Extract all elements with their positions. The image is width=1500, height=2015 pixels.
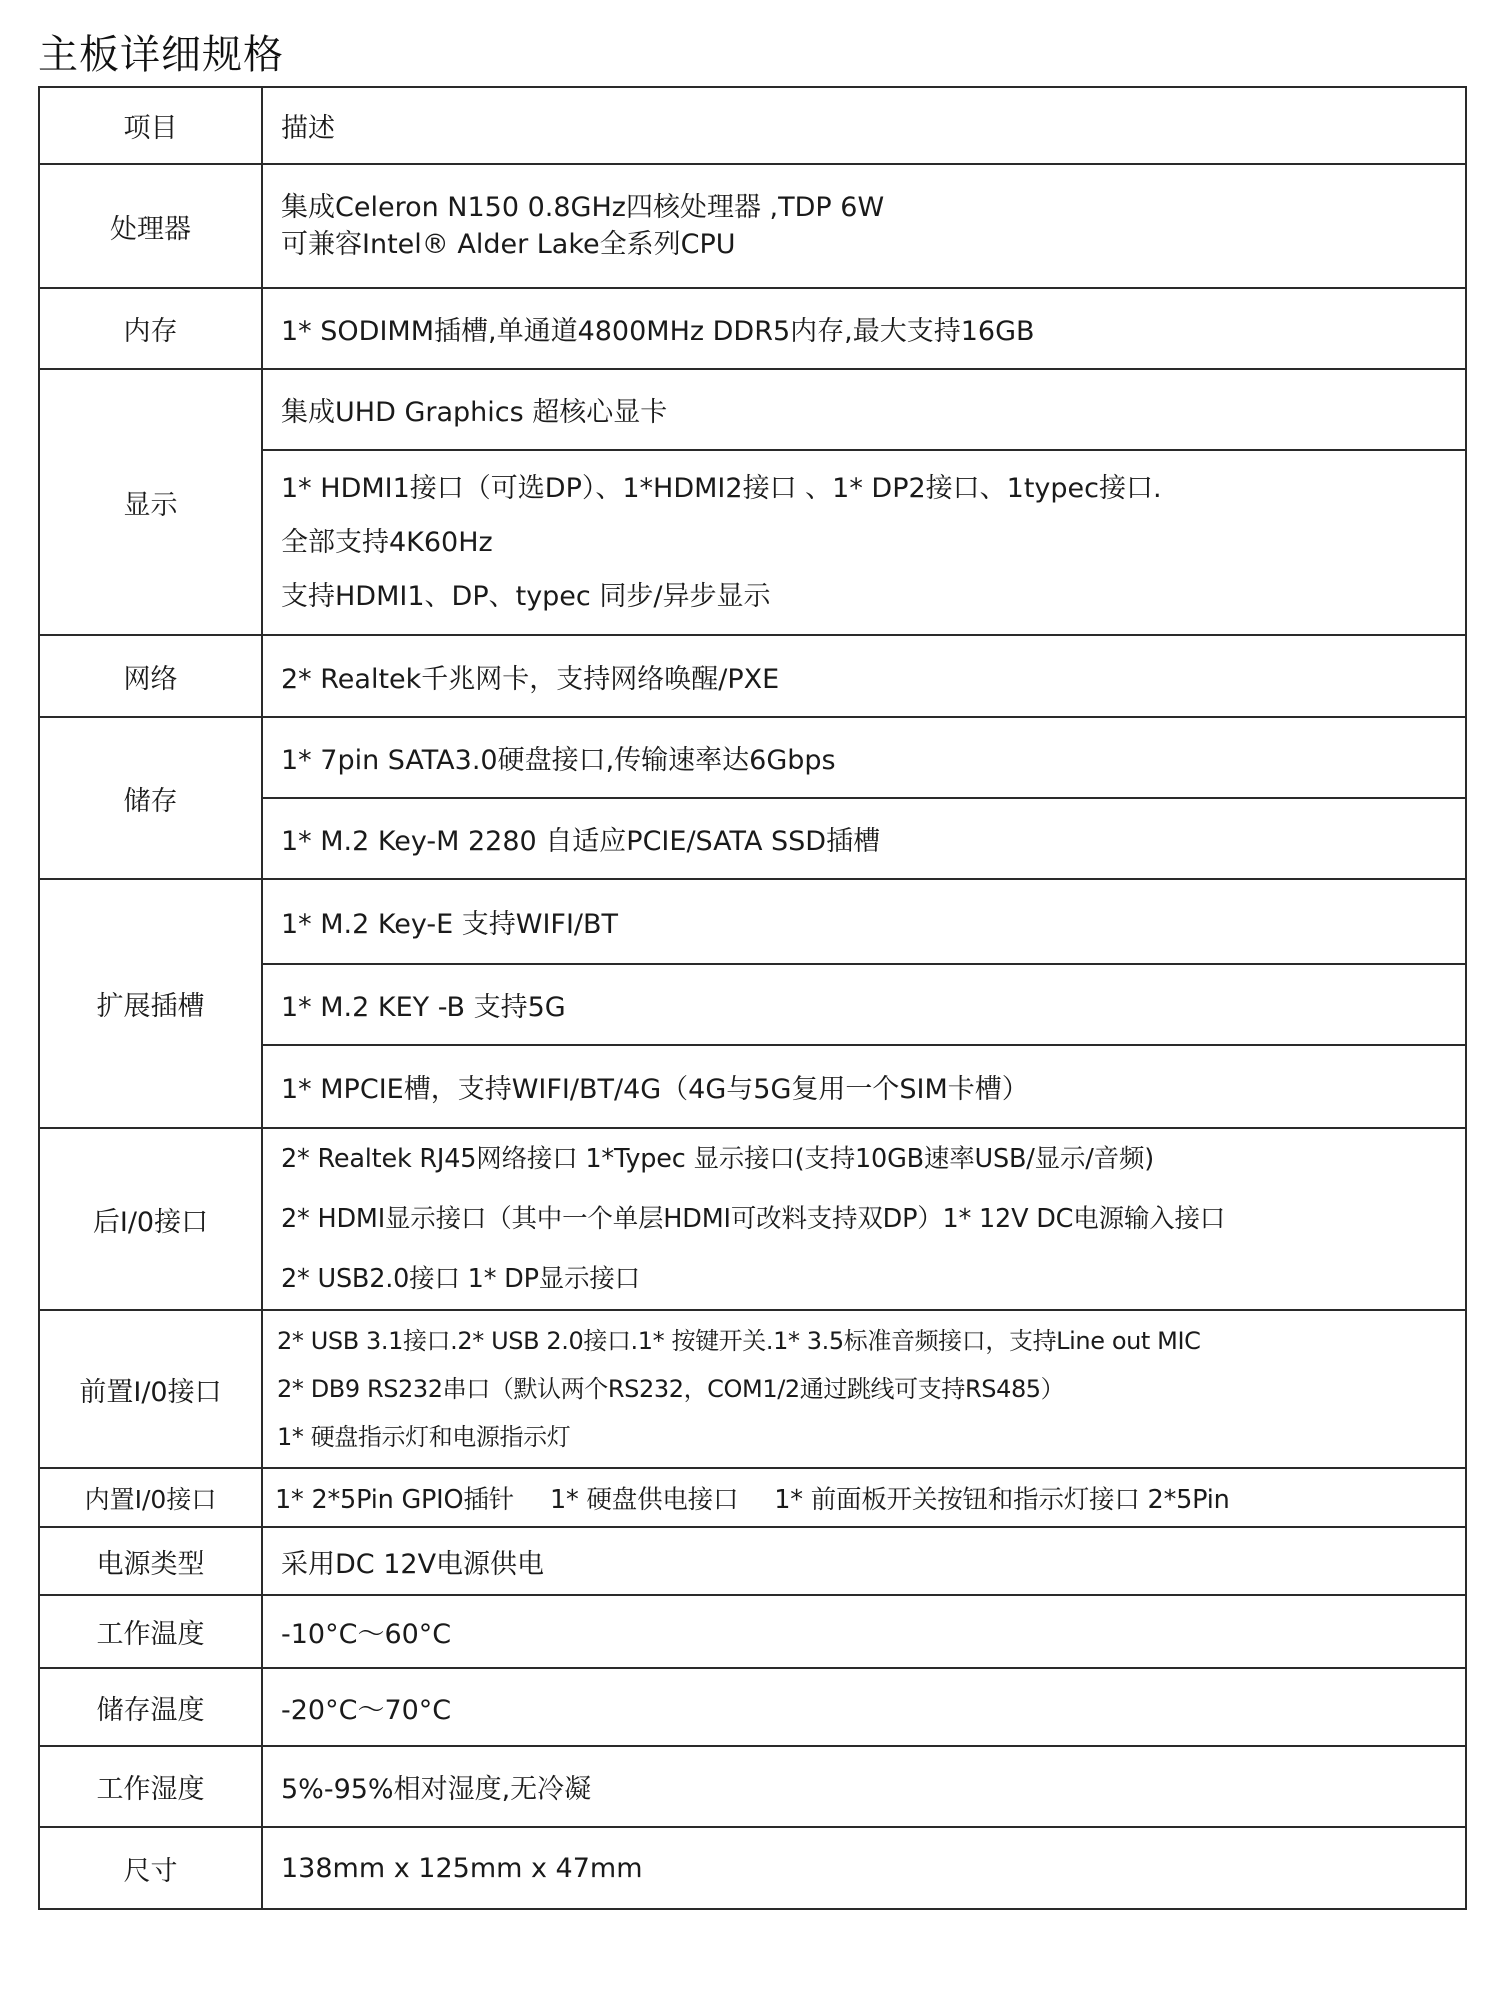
row-value: 2* USB 3.1接口.2* USB 2.0接口.1* 按键开关.1* 3.5… — [262, 1310, 1466, 1468]
table-row-op-temp: 工作温度 -10°C～60°C — [39, 1595, 1466, 1668]
value-line: 2* USB2.0接口 1* DP显示接口 — [281, 1249, 1465, 1309]
table-row-network: 网络 2* Realtek千兆网卡，支持网络唤醒/PXE — [39, 635, 1466, 717]
value-part: 1* 前面板开关按钮和指示灯接口 2*5Pin — [774, 1485, 1229, 1515]
table-row-size: 尺寸 138mm x 125mm x 47mm — [39, 1827, 1466, 1909]
row-value: -20°C～70°C — [262, 1668, 1466, 1746]
value-line: 1* HDMI1接口（可选DP）、1*HDMI2接口 、1* DP2接口、1ty… — [281, 462, 1465, 516]
header-item: 项目 — [39, 87, 262, 164]
row-value: 采用DC 12V电源供电 — [262, 1527, 1466, 1595]
row-label: 电源类型 — [39, 1527, 262, 1595]
value-part: 1* 硬盘供电接口 — [550, 1485, 738, 1515]
value-line: 全部支持4K60Hz — [281, 516, 1465, 570]
value-part: 1* 2*5Pin GPIO插针 — [275, 1485, 514, 1515]
row-value: 2* Realtek千兆网卡，支持网络唤醒/PXE — [262, 635, 1466, 717]
row-label: 储存温度 — [39, 1668, 262, 1746]
table-row-storage: 储存 1* 7pin SATA3.0硬盘接口,传输速率达6Gbps — [39, 717, 1466, 798]
value-line: 集成Celeron N150 0.8GHz四核处理器 ,TDP 6W — [281, 189, 1465, 226]
value-line: 支持HDMI1、DP、typec 同步/异步显示 — [281, 570, 1465, 624]
row-value: 1* M.2 Key-E 支持WIFI/BT — [262, 879, 1466, 964]
row-value: 138mm x 125mm x 47mm — [262, 1827, 1466, 1909]
row-value: 1* 7pin SATA3.0硬盘接口,传输速率达6Gbps — [262, 717, 1466, 798]
row-label: 工作温度 — [39, 1595, 262, 1668]
table-row-storage-temp: 储存温度 -20°C～70°C — [39, 1668, 1466, 1746]
spec-table: 项目 描述 处理器 集成Celeron N150 0.8GHz四核处理器 ,TD… — [38, 86, 1467, 1910]
header-description: 描述 — [262, 87, 1466, 164]
row-label: 后I/0接口 — [39, 1128, 262, 1310]
value-line: 可兼容Intel® Alder Lake全系列CPU — [281, 226, 1465, 263]
row-label: 尺寸 — [39, 1827, 262, 1909]
row-label: 内存 — [39, 288, 262, 369]
row-label: 储存 — [39, 717, 262, 879]
value-line: 2* USB 3.1接口.2* USB 2.0接口.1* 按键开关.1* 3.5… — [277, 1317, 1465, 1365]
table-row-display: 显示 集成UHD Graphics 超核心显卡 — [39, 369, 1466, 450]
row-value: 1* SODIMM插槽,单通道4800MHz DDR5内存,最大支持16GB — [262, 288, 1466, 369]
row-value: 1* HDMI1接口（可选DP）、1*HDMI2接口 、1* DP2接口、1ty… — [262, 450, 1466, 635]
page-title: 主板详细规格 — [38, 30, 284, 80]
row-value: -10°C～60°C — [262, 1595, 1466, 1668]
table-row-expansion: 扩展插槽 1* M.2 Key-E 支持WIFI/BT — [39, 879, 1466, 964]
row-label: 前置I/0接口 — [39, 1310, 262, 1468]
row-label: 扩展插槽 — [39, 879, 262, 1128]
row-value: 集成UHD Graphics 超核心显卡 — [262, 369, 1466, 450]
row-label: 处理器 — [39, 164, 262, 288]
table-row-power: 电源类型 采用DC 12V电源供电 — [39, 1527, 1466, 1595]
row-value: 2* Realtek RJ45网络接口 1*Typec 显示接口(支持10GB速… — [262, 1128, 1466, 1310]
value-line: 2* Realtek RJ45网络接口 1*Typec 显示接口(支持10GB速… — [281, 1129, 1465, 1189]
row-label: 内置I/0接口 — [39, 1468, 262, 1527]
row-value: 1* M.2 Key-M 2280 自适应PCIE/SATA SSD插槽 — [262, 798, 1466, 879]
value-line: 1* 硬盘指示灯和电源指示灯 — [277, 1413, 1465, 1461]
row-value: 集成Celeron N150 0.8GHz四核处理器 ,TDP 6W 可兼容In… — [262, 164, 1466, 288]
row-label: 工作湿度 — [39, 1746, 262, 1827]
table-row-rear-io: 后I/0接口 2* Realtek RJ45网络接口 1*Typec 显示接口(… — [39, 1128, 1466, 1310]
row-label: 网络 — [39, 635, 262, 717]
row-value: 1* 2*5Pin GPIO插针1* 硬盘供电接口1* 前面板开关按钮和指示灯接… — [262, 1468, 1466, 1527]
row-label: 显示 — [39, 369, 262, 635]
value-line: 2* HDMI显示接口（其中一个单层HDMI可改料支持双DP）1* 12V DC… — [281, 1189, 1465, 1249]
row-value: 1* M.2 KEY -B 支持5G — [262, 964, 1466, 1045]
value-line: 2* DB9 RS232串口（默认两个RS232，COM1/2通过跳线可支持RS… — [277, 1365, 1465, 1413]
table-row-memory: 内存 1* SODIMM插槽,单通道4800MHz DDR5内存,最大支持16G… — [39, 288, 1466, 369]
table-row-processor: 处理器 集成Celeron N150 0.8GHz四核处理器 ,TDP 6W 可… — [39, 164, 1466, 288]
table-row-front-io: 前置I/0接口 2* USB 3.1接口.2* USB 2.0接口.1* 按键开… — [39, 1310, 1466, 1468]
table-row-internal-io: 内置I/0接口 1* 2*5Pin GPIO插针1* 硬盘供电接口1* 前面板开… — [39, 1468, 1466, 1527]
row-value: 5%-95%相对湿度,无冷凝 — [262, 1746, 1466, 1827]
table-header-row: 项目 描述 — [39, 87, 1466, 164]
table-row-humidity: 工作湿度 5%-95%相对湿度,无冷凝 — [39, 1746, 1466, 1827]
row-value: 1* MPCIE槽，支持WIFI/BT/4G（4G与5G复用一个SIM卡槽） — [262, 1045, 1466, 1128]
